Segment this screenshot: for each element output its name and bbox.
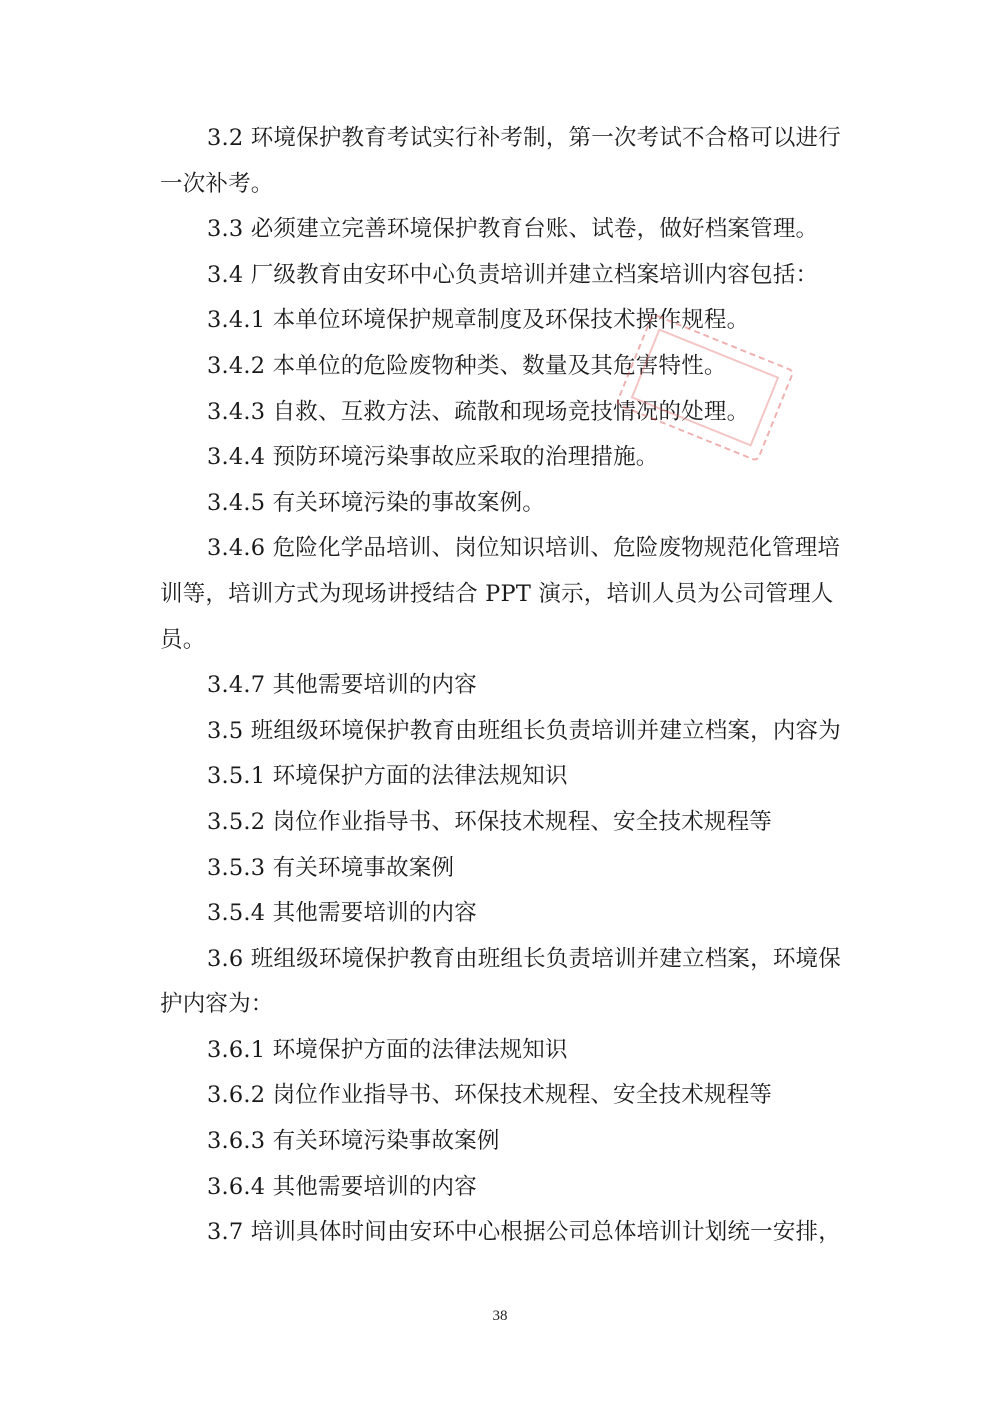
paragraph-3-6-line-1: 3.6 班组级环境保护教育由班组长负责培训并建立档案，环境保: [160, 937, 854, 983]
item-3-4-6-line-1: 3.4.6 危险化学品培训、岗位知识培训、危险废物规范化管理培: [160, 526, 854, 572]
item-3-5-3: 3.5.3 有关环境事故案例: [160, 846, 854, 892]
item-3-6-2: 3.6.2 岗位作业指导书、环保技术规程、安全技术规程等: [160, 1073, 854, 1119]
item-3-5-4: 3.5.4 其他需要培训的内容: [160, 891, 854, 937]
item-3-4-5: 3.4.5 有关环境污染的事故案例。: [160, 481, 854, 527]
document-page: 3.2 环境保护教育考试实行补考制，第一次考试不合格可以进行 一次补考。 3.3…: [0, 0, 1000, 1413]
paragraph-3-4: 3.4 厂级教育由安环中心负责培训并建立档案培训内容包括：: [160, 253, 854, 299]
paragraph-3-6-line-2: 护内容为：: [160, 982, 854, 1028]
item-3-5-2: 3.5.2 岗位作业指导书、环保技术规程、安全技术规程等: [160, 800, 854, 846]
item-3-4-6-line-2: 训等，培训方式为现场讲授结合 PPT 演示，培训人员为公司管理人: [160, 572, 854, 618]
item-3-4-7: 3.4.7 其他需要培训的内容: [160, 663, 854, 709]
item-3-6-1: 3.6.1 环境保护方面的法律法规知识: [160, 1028, 854, 1074]
paragraph-3-2-line-1: 3.2 环境保护教育考试实行补考制，第一次考试不合格可以进行: [160, 116, 854, 162]
document-body: 3.2 环境保护教育考试实行补考制，第一次考试不合格可以进行 一次补考。 3.3…: [160, 116, 854, 1256]
item-3-4-1: 3.4.1 本单位环境保护规章制度及环保技术操作规程。: [160, 298, 854, 344]
paragraph-3-3: 3.3 必须建立完善环境保护教育台账、试卷，做好档案管理。: [160, 207, 854, 253]
paragraph-3-2-line-2: 一次补考。: [160, 162, 854, 208]
item-3-6-4: 3.6.4 其他需要培训的内容: [160, 1165, 854, 1211]
item-3-5-1: 3.5.1 环境保护方面的法律法规知识: [160, 754, 854, 800]
page-number: 38: [0, 1308, 1000, 1325]
item-3-4-6-line-3: 员。: [160, 618, 854, 664]
paragraph-3-7: 3.7 培训具体时间由安环中心根据公司总体培训计划统一安排，: [160, 1210, 854, 1256]
item-3-6-3: 3.6.3 有关环境污染事故案例: [160, 1119, 854, 1165]
paragraph-3-5: 3.5 班组级环境保护教育由班组长负责培训并建立档案，内容为: [160, 709, 854, 755]
